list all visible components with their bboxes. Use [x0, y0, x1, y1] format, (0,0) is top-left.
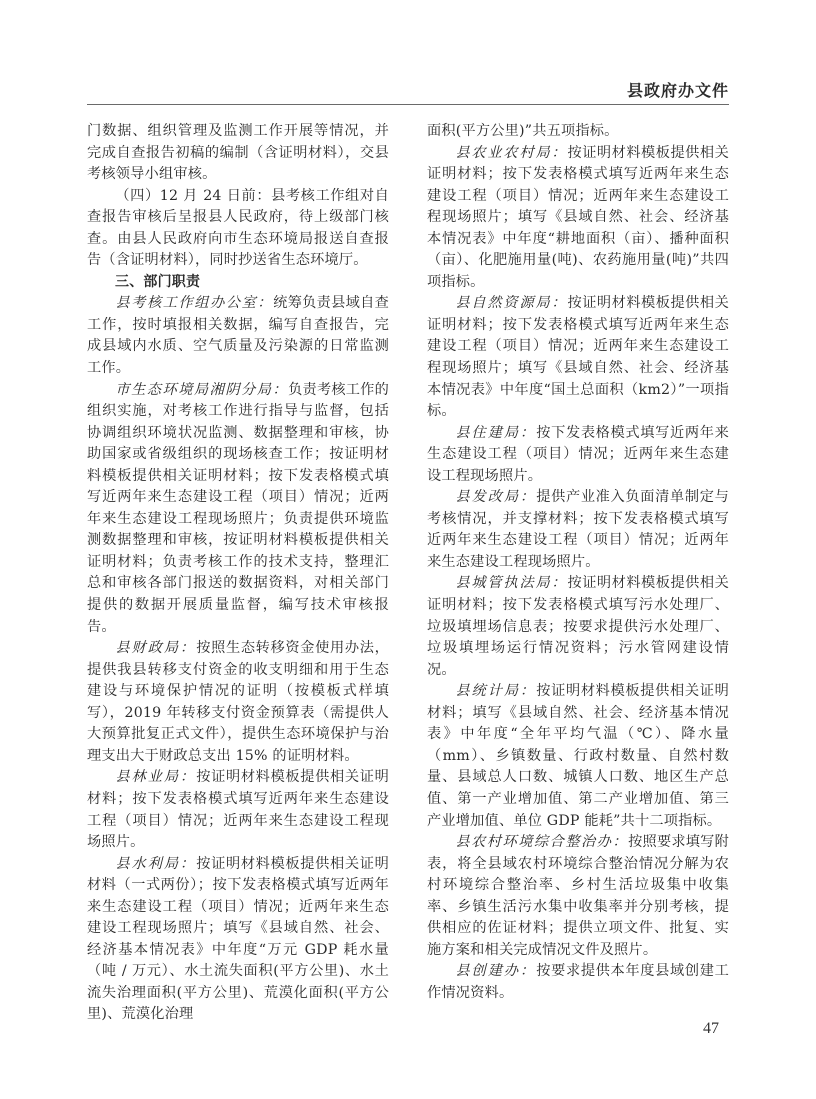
dept-name: 县城管执法局：: [455, 575, 567, 591]
dept-paragraph: 县农业农村局：按证明材料模板提供相关证明材料；按下发表格模式填写近两年来生态建设…: [427, 143, 729, 294]
section-heading: 三、部门职责: [87, 272, 389, 294]
dept-paragraph: 县水利局：按证明材料模板提供相关证明材料（一式两份）；按下发表格模式填写近两年来…: [87, 854, 389, 1026]
dept-duty: 按证明材料模板提供相关证明材料；按下发表格模式填写近两年来生态建设工程（项目）情…: [427, 145, 729, 290]
paragraph: （四）12 月 24 日前：县考核工作组对自查报告审核后呈报县人民政府，待上级部…: [87, 186, 389, 272]
dept-paragraph: 县考核工作组办公室：统筹负责县域自查工作，按时填报相关数据，编写自查报告，完成县…: [87, 293, 389, 379]
dept-name: 县发改局：: [455, 489, 536, 505]
left-column: 门数据、组织管理及监测工作开展等情况，并完成自查报告初稿的编制（含证明材料），交…: [87, 121, 389, 1026]
dept-name: 市生态环境局湘阴分局：: [115, 382, 288, 398]
dept-name: 县财政局：: [115, 640, 196, 656]
dept-name: 县农业农村局：: [455, 145, 567, 161]
dept-paragraph: 县城管执法局：按证明材料模板提供相关证明材料；按下发表格模式填写污水处理厂、垃圾…: [427, 573, 729, 681]
page-number: 47: [703, 1020, 719, 1038]
dept-paragraph: 县住建局：按下发表格模式填写近两年来生态建设工程（项目）情况；近两年来生态建设工…: [427, 423, 729, 488]
dept-paragraph: 县统计局：按证明材料模板提供相关证明材料；填写《县域自然、社会、经济基本情况表》…: [427, 681, 729, 832]
dept-paragraph: 县创建办：按要求提供本年度县域创建工作情况资料。: [427, 961, 729, 1004]
running-header: 县政府办文件: [87, 78, 729, 105]
paragraph: 面积(平方公里)”共五项指标。: [427, 121, 729, 143]
dept-paragraph: 县自然资源局：按证明材料模板提供相关证明材料；按下发表格模式填写近两年来生态建设…: [427, 293, 729, 422]
dept-name: 县林业局：: [115, 769, 196, 785]
dept-name: 县创建办：: [455, 963, 536, 979]
dept-paragraph: 县农村环境综合整治办：按照要求填写附表，将全县域农村环境综合整治情况分解为农村环…: [427, 832, 729, 961]
right-column: 面积(平方公里)”共五项指标。 县农业农村局：按证明材料模板提供相关证明材料；按…: [427, 121, 729, 1004]
header-title: 县政府办文件: [627, 78, 729, 101]
paragraph: 门数据、组织管理及监测工作开展等情况，并完成自查报告初稿的编制（含证明材料），交…: [87, 121, 389, 186]
dept-duty: 按证明材料模板提供相关证明材料；填写《县域自然、社会、经济基本情况表》中年度“全…: [427, 683, 729, 828]
dept-name: 县统计局：: [455, 683, 536, 699]
dept-name: 县水利局：: [115, 856, 196, 872]
dept-paragraph: 县发改局：提供产业准入负面清单制定与考核情况，并支撑材料；按下发表格模式填写近两…: [427, 487, 729, 573]
dept-name: 县考核工作组办公室：: [115, 295, 273, 311]
dept-duty: 按照生态转移资金使用办法，提供我县转移支付资金的收支明细和用于生态建设与环境保护…: [87, 640, 389, 764]
dept-name: 县农村环境综合整治办：: [455, 834, 628, 850]
dept-duty: 按证明材料模板提供相关证明材料；按下发表格模式填写近两年来生态建设工程（项目）情…: [427, 295, 729, 419]
dept-name: 县自然资源局：: [455, 295, 567, 311]
dept-duty: 按证明材料模板提供相关证明材料（一式两份）；按下发表格模式填写近两年来生态建设工…: [87, 856, 389, 1023]
dept-name: 县住建局：: [455, 425, 536, 441]
dept-duty: 负责考核工作的组织实施，对考核工作进行指导与监督，包括协调组织环境状况监测、数据…: [87, 382, 389, 635]
dept-paragraph: 县财政局：按照生态转移资金使用办法，提供我县转移支付资金的收支明细和用于生态建设…: [87, 638, 389, 767]
dept-paragraph: 县林业局：按证明材料模板提供相关证明材料；按下发表格模式填写近两年来生态建设工程…: [87, 767, 389, 853]
dept-duty: 按照要求填写附表，将全县域农村环境综合整治情况分解为农村环境综合整治率、乡村生活…: [427, 834, 729, 958]
dept-paragraph: 市生态环境局湘阴分局：负责考核工作的组织实施，对考核工作进行指导与监督，包括协调…: [87, 380, 389, 639]
